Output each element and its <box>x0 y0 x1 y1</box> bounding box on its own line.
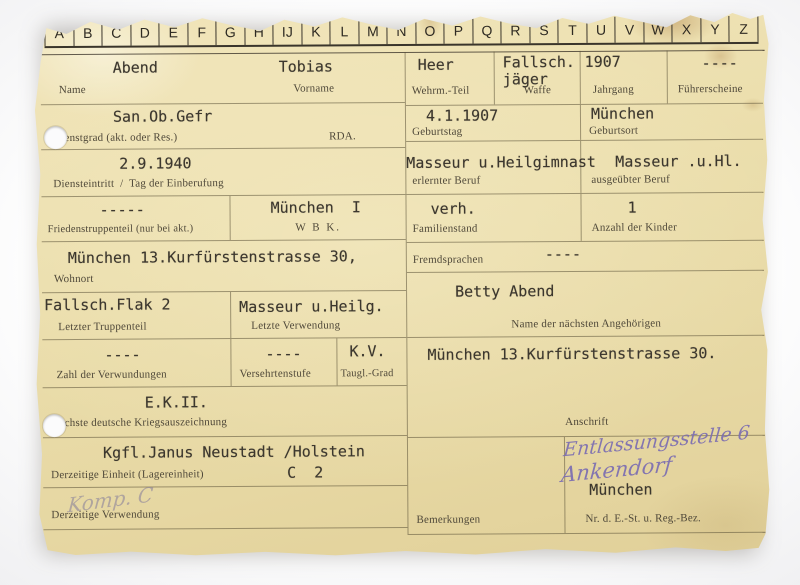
field-versehrtenstufe-value: ---- <box>265 345 301 363</box>
index-tab-l: L <box>331 18 360 44</box>
field-einheit-value: Kgfl.Janus Neustadt /Holstein <box>103 442 365 462</box>
field-fuehrerscheine: ---- Führerscheine <box>667 50 764 104</box>
index-tab-z: Z <box>730 16 759 42</box>
field-wbk: München I W B K. <box>229 195 405 240</box>
index-tab-t: T <box>559 17 588 43</box>
index-tab-o: O <box>416 18 445 44</box>
field-name: Abend Name <box>41 53 223 104</box>
row-wohnort: München 13.Kurfürstenstrasse 30, Wohnort <box>42 240 406 293</box>
index-tab-y: Y <box>701 16 730 42</box>
field-kinder-value: 1 <box>627 199 636 217</box>
field-erlernter-beruf: Masseur u.Heilgimnast erlernter Beruf <box>406 141 580 194</box>
field-angehoerige: Betty Abend Name der nächsten Angehörige… <box>407 271 765 337</box>
field-kinder-label: Anzahl der Kinder <box>592 221 677 234</box>
field-name-value: Abend <box>113 58 158 76</box>
field-geburtsort-label: Geburtsort <box>589 125 638 137</box>
field-jahrgang-label: Jahrgang <box>593 84 634 96</box>
row-name: Abend Name Tobias Vorname <box>41 52 405 105</box>
scan-background: A B C D E F G H IJ K L M N O P Q R S T U… <box>0 0 800 585</box>
row-auszeichnung: E.K.II. Höchste deutsche Kriegsauszeichn… <box>43 386 407 438</box>
field-wohnort-value: München 13.Kurfürstenstrasse 30, <box>68 247 357 267</box>
index-tab-m: M <box>359 18 388 44</box>
field-verwundungen: ---- Zahl der Verwundungen <box>42 339 230 387</box>
field-dienstgrad-value: San.Ob.Gefr <box>113 107 212 126</box>
punch-hole-bottom <box>43 414 66 437</box>
field-wehrmteil-label: Wehrm.-Teil <box>412 85 470 97</box>
field-wehrmteil: Heer Wehrm.-Teil <box>406 51 494 105</box>
field-rda-label: RDA. <box>329 130 356 142</box>
index-tab-n: N <box>388 18 417 44</box>
row-anschrift: München 13.Kurfürstenstrasse 30. Anschri… <box>407 336 765 438</box>
field-fremdsprachen-label: Fremdsprachen <box>413 254 483 266</box>
field-wohnort: München 13.Kurfürstenstrasse 30, Wohnort <box>42 240 406 292</box>
field-waffe: Fallsch. jäger Waffe <box>494 51 580 105</box>
field-letzte-verwendung-value: Masseur u.Heilg. <box>239 297 384 316</box>
field-wehrmteil-value: Heer <box>418 56 454 74</box>
index-tab-p: P <box>445 18 474 44</box>
field-geburtstag-value: 4.1.1907 <box>426 106 498 124</box>
index-tab-k: K <box>302 18 331 44</box>
field-vorname: Tobias Vorname <box>223 52 405 103</box>
field-wohnort-label: Wohnort <box>54 273 94 285</box>
index-tab-x: X <box>673 16 702 42</box>
field-friedenstruppenteil-label: Friedenstruppenteil (nur bei akt.) <box>48 223 194 235</box>
field-fremdsprachen-value: ---- <box>545 245 581 263</box>
field-diensteintritt-value: 2.9.1940 <box>119 154 191 172</box>
field-bemerkungen-label: Bemerkungen <box>416 514 480 526</box>
field-auszeichnung-label: Höchste deutsche Kriegsauszeichnung <box>51 416 227 429</box>
field-geburtstag: 4.1.1907 Geburtstag <box>406 105 580 141</box>
field-einheit: Kgfl.Janus Neustadt /Holstein Derzeitige… <box>43 436 407 487</box>
field-bemerkungen: Bemerkungen <box>408 437 565 534</box>
field-anschrift: München 13.Kurfürstenstrasse 30. Anschri… <box>407 336 766 437</box>
field-letzter-truppenteil-label: Letzter Truppenteil <box>58 321 146 334</box>
field-friedenstruppenteil-value: ----- <box>99 201 144 219</box>
field-wbk-value: München I <box>270 198 360 217</box>
field-familienstand: verh. Familienstand <box>406 194 580 242</box>
field-jahrgang: 1907 Jahrgang <box>580 50 667 104</box>
row-fremdsprachen: Fremdsprachen ---- <box>407 241 764 273</box>
index-tab-s: S <box>530 17 559 43</box>
index-tab-h: H <box>245 19 274 45</box>
field-est: Entlassungsstelle 6 Ankendorf München Nr… <box>564 436 767 533</box>
field-waffe-value2: jäger <box>503 70 548 88</box>
field-erlernter-beruf-value: Masseur u.Heilgimnast <box>406 153 596 172</box>
field-name-label: Name <box>59 84 86 96</box>
field-einheit-label: Derzeitige Einheit (Lagereinheit) <box>51 468 204 481</box>
field-familienstand-label: Familienstand <box>413 223 478 235</box>
index-tab-r: R <box>502 17 531 43</box>
field-geburtstag-label: Geburtstag <box>412 126 462 138</box>
row-friedenstruppenteil: ----- Friedenstruppenteil (nur bei akt.)… <box>41 195 405 242</box>
field-letzte-verwendung-label: Letzte Verwendung <box>251 319 340 332</box>
punch-hole-top <box>44 126 67 149</box>
field-versehrtenstufe-label: Versehrtenstufe <box>240 368 311 380</box>
index-tab-w: W <box>644 16 673 42</box>
field-kinder: 1 Anzahl der Kinder <box>580 193 764 241</box>
field-letzter-truppenteil-value: Fallsch.Flak 2 <box>44 295 171 314</box>
field-jahrgang-value: 1907 <box>585 53 621 71</box>
column-right: Heer Wehrm.-Teil Fallsch. jäger Waffe 19… <box>405 50 766 535</box>
index-tab-b: B <box>74 20 103 46</box>
field-anschrift-value: München 13.Kurfürstenstrasse 30. <box>427 344 716 364</box>
field-vorname-label: Vorname <box>223 82 405 95</box>
field-fremdsprachen: Fremdsprachen ---- <box>407 241 765 272</box>
field-verwendung: Komp. C Derzeitige Verwendung <box>43 486 407 529</box>
field-ausgeuebter-beruf-value: Masseur .u.Hl. <box>615 152 742 171</box>
row-geburt: 4.1.1907 Geburtstag München Geburtsort <box>406 104 763 142</box>
index-tab-v: V <box>616 17 645 43</box>
field-angehoerige-value: Betty Abend <box>455 282 554 301</box>
row-beruf: Masseur u.Heilgimnast erlernter Beruf Ma… <box>406 140 763 195</box>
field-familienstand-value: verh. <box>430 200 475 218</box>
field-auszeichnung: E.K.II. Höchste deutsche Kriegsauszeichn… <box>43 386 407 437</box>
row-wehrmteil: Heer Wehrm.-Teil Fallsch. jäger Waffe 19… <box>406 50 763 106</box>
field-auszeichnung-value: E.K.II. <box>145 393 208 411</box>
field-einheit-extra: C 2 <box>287 463 323 481</box>
alphabet-index: A B C D E F G H IJ K L M N O P Q R S T U… <box>44 16 758 48</box>
field-ausgeuebter-beruf-label: ausgeübter Beruf <box>591 173 670 185</box>
field-angehoerige-label: Name der nächsten Angehörigen <box>407 317 765 331</box>
index-tab-c: C <box>102 20 131 46</box>
row-verwendung: Komp. C Derzeitige Verwendung <box>43 486 407 530</box>
field-wbk-label: W B K. <box>231 221 406 234</box>
field-waffe-value: Fallsch. <box>503 53 575 71</box>
field-diensteintritt-label: Diensteintritt / Tag der Einberufung <box>53 177 223 190</box>
field-geburtsort: München Geburtsort <box>580 104 764 140</box>
row-einheit: Kgfl.Janus Neustadt /Holstein Derzeitige… <box>43 436 407 488</box>
index-tab-q: Q <box>473 17 502 43</box>
index-tab-u: U <box>587 17 616 43</box>
field-letzter-truppenteil: Fallsch.Flak 2 Letzter Truppenteil <box>42 292 230 339</box>
field-dienstgrad-label: Dienstgrad (akt. oder Res.) <box>53 131 177 144</box>
field-vorname-value: Tobias <box>279 57 333 75</box>
row-verwundungen: ---- Zahl der Verwundungen ---- Versehrt… <box>42 338 406 388</box>
field-versehrtenstufe: ---- Versehrtenstufe <box>230 338 336 386</box>
row-letzter-truppenteil: Fallsch.Flak 2 Letzter Truppenteil Masse… <box>42 291 406 340</box>
field-fuehrerscheine-label: Führerscheine <box>678 83 743 95</box>
field-est-label: Nr. d. E.-St. u. Reg.-Bez. <box>585 512 701 525</box>
field-fuehrerscheine-value: ---- <box>702 54 738 72</box>
row-familienstand: verh. Familienstand 1 Anzahl der Kinder <box>406 193 763 243</box>
row-bemerkungen: Bemerkungen Entlassungsstelle 6 Ankendor… <box>408 436 766 535</box>
personnel-card: A B C D E F G H IJ K L M N O P Q R S T U… <box>32 10 771 558</box>
index-tab-f: F <box>188 19 217 45</box>
index-tab-ij: IJ <box>274 19 303 45</box>
field-letzte-verwendung: Masseur u.Heilg. Letzte Verwendung <box>230 291 406 338</box>
field-verwundungen-label: Zahl der Verwundungen <box>57 368 167 381</box>
field-geburtsort-value: München <box>591 104 654 122</box>
field-erlernter-beruf-label: erlernter Beruf <box>412 175 480 187</box>
row-dienstgrad: San.Ob.Gefr Dienstgrad (akt. oder Res.) … <box>41 103 405 150</box>
index-tab-a: A <box>44 20 74 46</box>
field-tauglgrad-value: K.V. <box>349 342 385 360</box>
row-diensteintritt: 2.9.1940 Diensteintritt / Tag der Einber… <box>41 148 405 197</box>
field-diensteintritt: 2.9.1940 Diensteintritt / Tag der Einber… <box>41 148 405 196</box>
row-angehoerige: Betty Abend Name der nächsten Angehörige… <box>407 271 764 338</box>
field-ausgeuebter-beruf: Masseur .u.Hl. ausgeübter Beruf <box>580 140 764 193</box>
field-dienstgrad: San.Ob.Gefr Dienstgrad (akt. oder Res.) … <box>41 103 405 149</box>
field-friedenstruppenteil: ----- Friedenstruppenteil (nur bei akt.) <box>41 196 229 241</box>
field-tauglgrad: K.V. Taugl.-Grad <box>336 338 406 385</box>
index-tab-d: D <box>131 19 160 45</box>
column-left: Abend Name Tobias Vorname San.Ob.Gefr Di… <box>41 52 408 530</box>
field-grid: Abend Name Tobias Vorname San.Ob.Gefr Di… <box>41 50 763 54</box>
index-tab-e: E <box>159 19 188 45</box>
field-tauglgrad-label: Taugl.-Grad <box>341 368 394 379</box>
index-tab-g: G <box>216 19 245 45</box>
field-verwundungen-value: ---- <box>104 346 140 364</box>
